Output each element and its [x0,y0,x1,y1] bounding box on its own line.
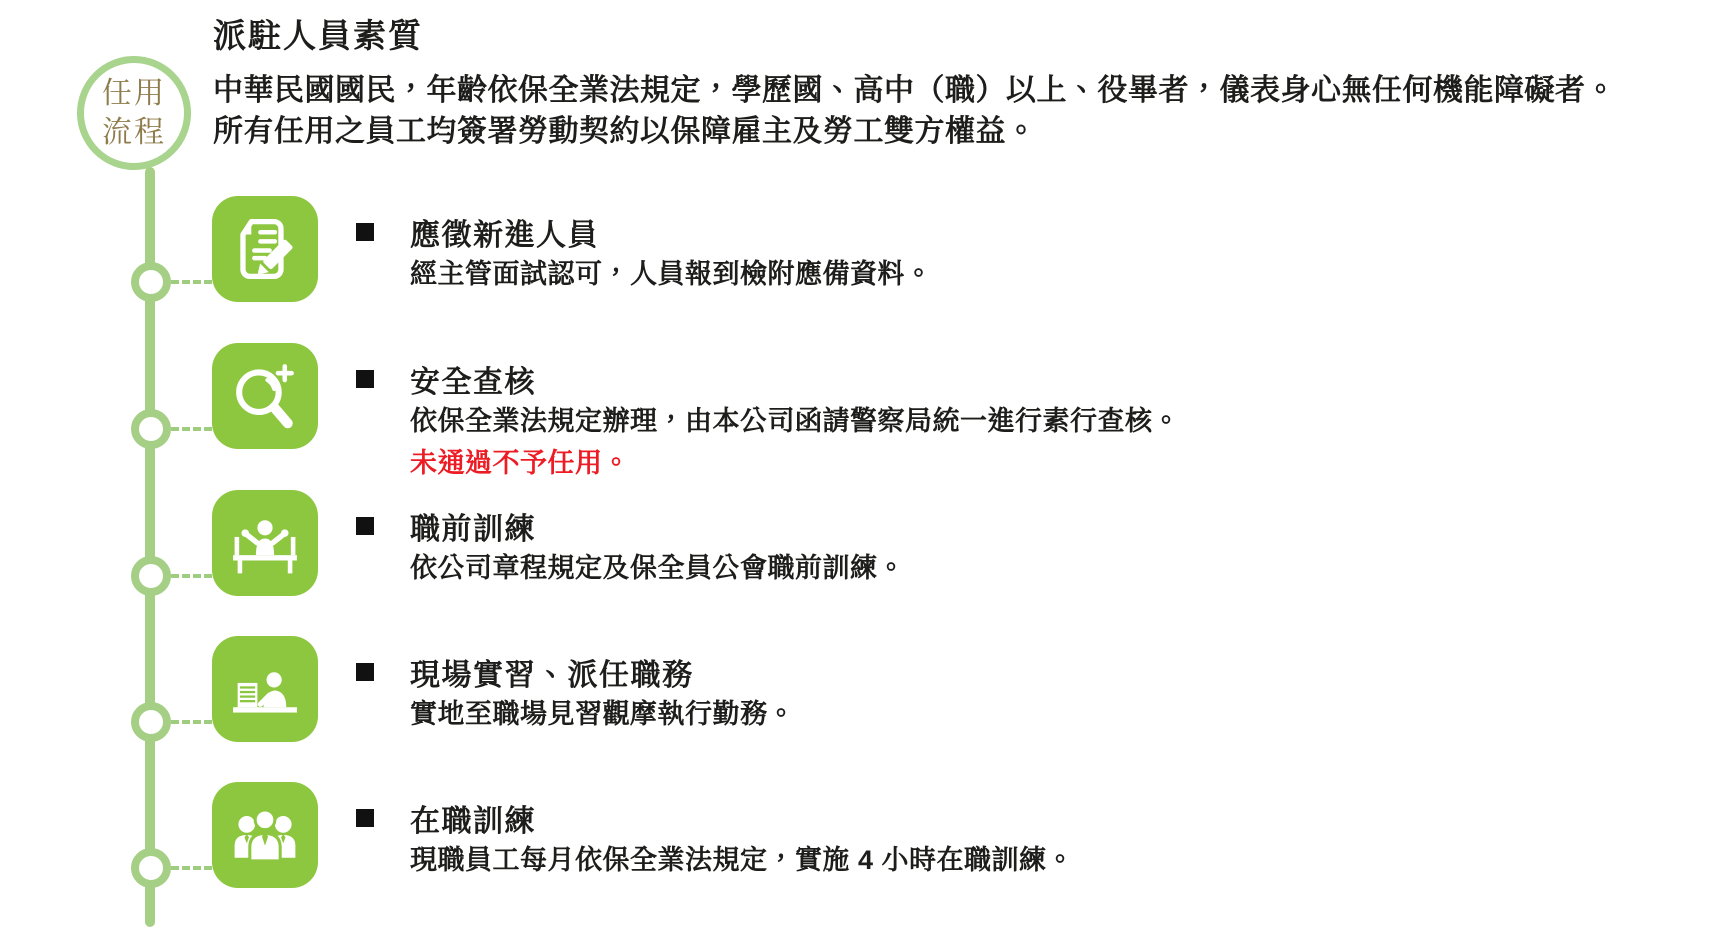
timeline-connector [171,720,212,724]
team-icon [227,797,303,873]
badge-line-1: 任用 [102,74,166,113]
step-icon-box [212,636,318,742]
step-description: 依保全業法規定辦理，由本公司函請警察局統一進行素行查核。 [410,399,1180,438]
timeline-node [131,262,171,302]
bullet-square-icon [356,663,374,681]
step-title: 應徵新進人員 [410,210,599,254]
process-badge: 任用 流程 [77,56,191,170]
badge-line-2: 流程 [102,113,166,152]
step-in-service-training: 在職訓練 現職員工每月依保全業法規定，實施 4 小時在職訓練。 [0,782,1724,928]
page-title: 派駐人員素質 [213,10,423,57]
intro-line-2: 所有任用之員工均簽署勞動契約以保障雇主及勞工雙方權益。 [213,111,1718,152]
employment-process-infographic: 任用 流程 派駐人員素質 中華民國國民，年齡依保全業法規定，學歷國、高中（職）以… [0,0,1724,938]
step-icon-box [212,343,318,449]
step-title: 安全查核 [410,357,536,401]
step-apply: 應徵新進人員 經主管面試認可，人員報到檢附應備資料。 [0,196,1724,342]
step-pre-job-training: 職前訓練 依公司章程規定及保全員公會職前訓練。 [0,490,1724,636]
timeline-node [131,848,171,888]
step-icon-box [212,196,318,302]
timeline-connector [171,280,212,284]
document-edit-icon [227,211,303,287]
bullet-square-icon [356,809,374,827]
magnifier-plus-icon [227,358,303,434]
step-warning-note: 未通過不予任用。 [410,441,630,480]
intro-line-1: 中華民國國民，年齡依保全業法規定，學歷國、高中（職）以上、役畢者，儀表身心無任何… [213,70,1718,111]
bullet-square-icon [356,517,374,535]
step-description: 經主管面試認可，人員報到檢附應備資料。 [410,252,933,291]
step-description: 依公司章程規定及保全員公會職前訓練。 [410,546,905,585]
timeline-node [131,702,171,742]
meeting-icon [227,505,303,581]
desk-internship-icon [227,651,303,727]
step-title: 職前訓練 [410,504,536,548]
step-icon-box [212,782,318,888]
timeline-connector [171,427,212,431]
timeline-connector [171,574,212,578]
step-on-site-internship: 現場實習、派任職務 實地至職場見習觀摩執行勤務。 [0,636,1724,782]
timeline-node [131,556,171,596]
step-icon-box [212,490,318,596]
timeline-connector [171,866,212,870]
step-title: 在職訓練 [410,796,536,840]
step-security-check: 安全查核 依保全業法規定辦理，由本公司函請警察局統一進行素行查核。 未通過不予任… [0,343,1724,489]
intro-paragraph: 中華民國國民，年齡依保全業法規定，學歷國、高中（職）以上、役畢者，儀表身心無任何… [213,70,1718,152]
bullet-square-icon [356,370,374,388]
timeline-node [131,409,171,449]
bullet-square-icon [356,223,374,241]
step-description: 現職員工每月依保全業法規定，實施 4 小時在職訓練。 [410,838,1074,877]
step-title: 現場實習、派任職務 [410,650,694,694]
step-description: 實地至職場見習觀摩執行勤務。 [410,692,795,731]
